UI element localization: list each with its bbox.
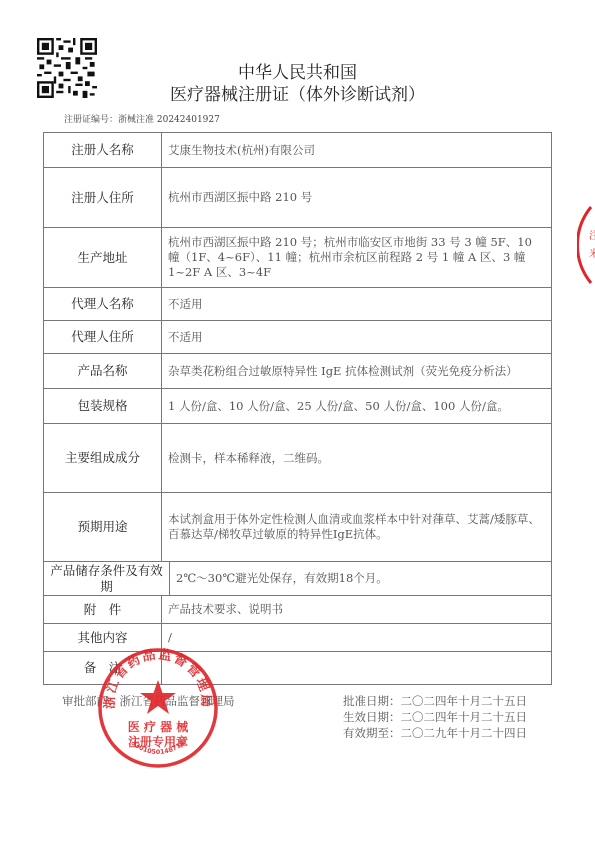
table-row: 包装规格 1 人份/盒、10 人份/盒、25 人份/盒、50 人份/盒、100 …: [44, 389, 551, 424]
table-row: 主要组成成分 检测卡，样本稀释液，二维码。: [44, 424, 551, 493]
certificate-table: 注册人名称 艾康生物技术(杭州)有限公司 注册人住所 杭州市西湖区振中路 210…: [43, 132, 552, 685]
table-row: 产品名称 杂草类花粉组合过敏原特异性 IgE 抗体检测试剂（荧光免疫分析法）: [44, 354, 551, 389]
svg-text:米: 米: [589, 247, 595, 260]
row-value: 2℃～30℃避光处保存，有效期18个月。: [170, 562, 551, 595]
row-value: 不适用: [162, 321, 551, 353]
row-label: 注册人住所: [44, 168, 162, 227]
svg-text:注: 注: [589, 230, 595, 242]
registration-number-label: 注册证编号：: [64, 115, 118, 125]
expiry-date: 有效期至：二〇二九年十月二十四日: [343, 725, 527, 741]
registration-number: 注册证编号：浙械注准 20242401927: [64, 112, 220, 125]
row-value: 杭州市西湖区振中路 210 号；杭州市临安区市地街 33 号 3 幢 5F、10…: [162, 228, 551, 287]
row-label: 主要组成成分: [44, 424, 162, 492]
approval-date: 批准日期：二〇二四年十月二十五日: [343, 693, 527, 709]
row-label: 代理人名称: [44, 288, 162, 320]
row-value: 杭州市西湖区振中路 210 号: [162, 168, 551, 227]
partial-seal-edge: 注 米: [577, 205, 595, 285]
row-value: /: [162, 624, 551, 651]
row-label: 生产地址: [44, 228, 162, 287]
row-value: 检测卡，样本稀释液，二维码。: [162, 424, 551, 492]
effective-date: 生效日期：二〇二四年十月二十五日: [343, 709, 527, 725]
table-row: 代理人名称 不适用: [44, 288, 551, 321]
dates-block: 批准日期：二〇二四年十月二十五日 生效日期：二〇二四年十月二十五日 有效期至：二…: [343, 693, 527, 741]
row-label: 包装规格: [44, 389, 162, 423]
row-value: 本试剂盒用于体外定性检测人血清或血浆样本中针对葎草、艾蒿/矮豚草、百慕达草/梯牧…: [162, 493, 551, 561]
table-row: 附 件 产品技术要求、说明书: [44, 596, 551, 624]
row-value: 不适用: [162, 288, 551, 320]
row-value: 产品技术要求、说明书: [162, 596, 551, 623]
row-value: 1 人份/盒、10 人份/盒、25 人份/盒、50 人份/盒、100 人份/盒。: [162, 389, 551, 423]
star-icon: [140, 680, 176, 714]
row-label: 产品储存条件及有效期: [44, 562, 170, 595]
table-row: 预期用途 本试剂盒用于体外定性检测人血清或血浆样本中针对葎草、艾蒿/矮豚草、百慕…: [44, 493, 551, 562]
table-row: 代理人住所 不适用: [44, 321, 551, 354]
table-row: 生产地址 杭州市西湖区振中路 210 号；杭州市临安区市地街 33 号 3 幢 …: [44, 228, 551, 288]
row-label: 注册人名称: [44, 133, 162, 167]
table-row: 注册人名称 艾康生物技术(杭州)有限公司: [44, 133, 551, 168]
registration-number-value: 浙械注准 20242401927: [118, 115, 220, 125]
row-label: 附 件: [44, 596, 162, 623]
row-label: 代理人住所: [44, 321, 162, 353]
row-value: 杂草类花粉组合过敏原特异性 IgE 抗体检测试剂（荧光免疫分析法）: [162, 354, 551, 388]
seal-line-1: 医 疗 器 械: [128, 719, 190, 734]
document-title: 医疗器械注册证（体外诊断试剂）: [0, 80, 595, 105]
row-value: [162, 652, 551, 684]
row-label: 预期用途: [44, 493, 162, 561]
official-seal-stamp: 浙江省药品监督管理局 医 疗 器 械 注册专用章 3301050148714: [96, 646, 220, 770]
row-value: 艾康生物技术(杭州)有限公司: [162, 133, 551, 167]
table-row: 注册人住所 杭州市西湖区振中路 210 号: [44, 168, 551, 228]
table-row: 产品储存条件及有效期 2℃～30℃避光处保存，有效期18个月。: [44, 562, 551, 596]
row-label: 产品名称: [44, 354, 162, 388]
